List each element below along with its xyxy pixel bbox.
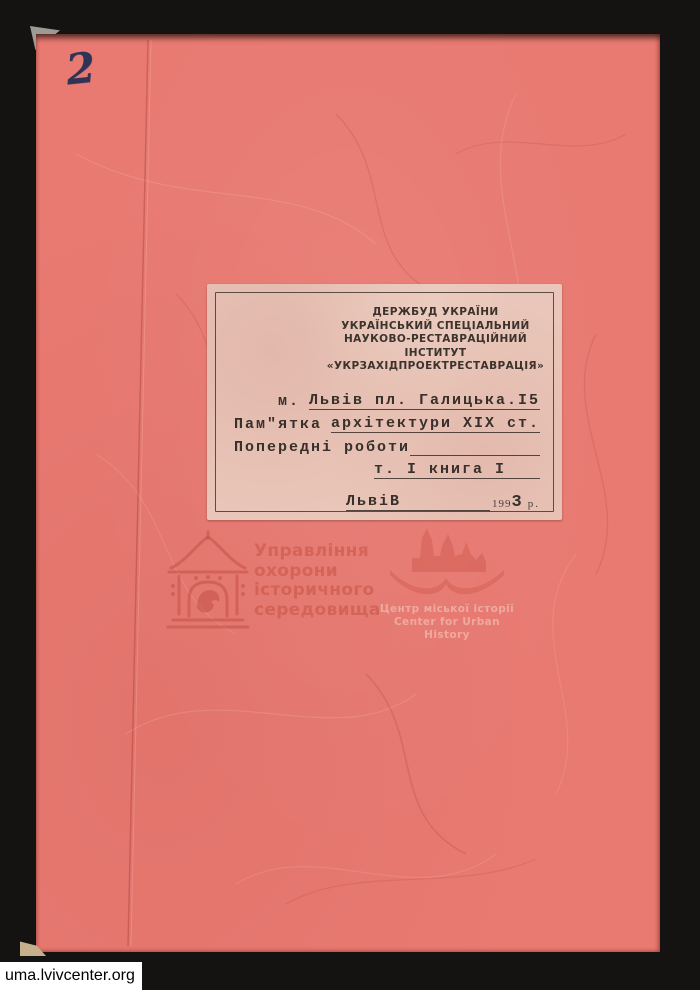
header-line: ДЕРЖБУД УКРАЇНИ: [324, 306, 547, 320]
urban-history-watermark-text: Центр міської історії Center for Urban H…: [372, 603, 522, 642]
label-institution-header: ДЕРЖБУД УКРАЇНИ УКРАЇНСЬКИЙ СПЕЦІАЛЬНИЙ …: [324, 306, 547, 374]
monument-line: Пам"ятка архітектури XIX ст.: [234, 410, 540, 433]
watermark-line: історичного: [254, 581, 381, 601]
watermark-line: Управління: [254, 542, 381, 562]
underline-fill: [506, 478, 540, 479]
address-line: м. Львів пл. Галицька.І5: [234, 387, 540, 410]
volume-text: т. І книга І: [374, 461, 506, 479]
city-text: ЛьвіВ: [346, 493, 401, 511]
cover-corner-damage: [20, 939, 46, 956]
watermark-line: охорони: [254, 562, 381, 582]
works-line: Попередні роботи: [234, 433, 540, 456]
year-printed-digits: 199: [492, 498, 512, 511]
heritage-office-logo-icon: [165, 528, 251, 640]
monument-text: архітектури XIX ст.: [331, 415, 540, 433]
header-line: «УКРЗАХІДПРОЕКТРЕСТАВРАЦІЯ»: [324, 360, 547, 374]
watermark-line: середовища: [254, 601, 381, 621]
underline-fill: [401, 510, 490, 511]
monument-prefix: Пам"ятка: [234, 416, 322, 433]
address-prefix: м.: [278, 393, 300, 410]
header-line: НАУКОВО-РЕСТАВРАЦІЙНИЙ: [324, 333, 547, 347]
works-text: Попередні роботи: [234, 439, 410, 456]
header-line: ІНСТИТУТ: [324, 347, 547, 361]
scan-backdrop: 2 ДЕРЖБУД УКРАЇНИ УКРАЇНСЬКИЙ СПЕЦІАЛЬНИ…: [0, 0, 700, 990]
underline-fill: [410, 455, 540, 456]
address-text: Львів пл. Галицька.І5: [309, 392, 540, 410]
urban-history-logo-icon: [382, 520, 512, 596]
source-watermark-tag: uma.lvivcenter.org: [0, 962, 142, 990]
urban-history-watermark: Центр міської історії Center for Urban H…: [372, 520, 522, 642]
handwritten-page-number: 2: [64, 43, 98, 95]
watermark-line: Center for Urban History: [372, 616, 522, 642]
volume-line: т. І книга І: [234, 456, 540, 479]
year-suffix: р.: [528, 498, 540, 511]
label-typed-block: м. Львів пл. Галицька.І5 Пам"ятка архіте…: [234, 387, 540, 511]
watermark-line: Центр міської історії: [372, 603, 522, 616]
label-border: ДЕРЖБУД УКРАЇНИ УКРАЇНСЬКИЙ СПЕЦІАЛЬНИЙ …: [215, 292, 554, 512]
heritage-office-watermark-text: Управління охорони історичного середовищ…: [254, 542, 381, 620]
folder-cover: 2 ДЕРЖБУД УКРАЇНИ УКРАЇНСЬКИЙ СПЕЦІАЛЬНИ…: [36, 34, 660, 952]
title-label: ДЕРЖБУД УКРАЇНИ УКРАЇНСЬКИЙ СПЕЦІАЛЬНИЙ …: [207, 284, 562, 520]
year-written-digit: 3: [512, 494, 524, 511]
city-year-line: ЛьвіВ 199 3 р.: [234, 488, 540, 511]
header-line: УКРАЇНСЬКИЙ СПЕЦІАЛЬНИЙ: [324, 320, 547, 334]
